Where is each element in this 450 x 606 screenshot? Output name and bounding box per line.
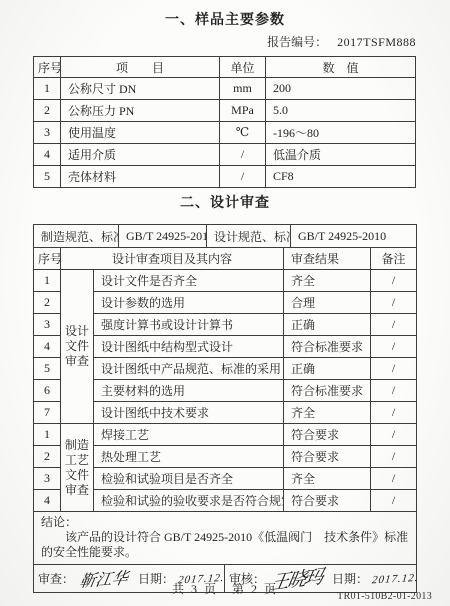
- row-content: 主要材料的选用: [94, 380, 284, 402]
- row-item: 使用温度: [61, 122, 220, 144]
- row-result: 正确: [284, 358, 371, 380]
- row-content: 强度计算书或设计计算书: [94, 314, 284, 336]
- row-result: 符合标准要求: [284, 380, 371, 402]
- row-no: 3: [34, 122, 61, 144]
- row-remark: /: [371, 446, 417, 468]
- row-remark: /: [371, 292, 417, 314]
- row-item: 适用介质: [61, 144, 220, 166]
- design-review-block: 制造规范、标准 GB/T 24925-2010 设计规范、标准 GB/T 249…: [33, 224, 418, 593]
- design-standard-label: 设计规范、标准: [207, 225, 291, 248]
- row-remark: /: [371, 380, 417, 402]
- row-no: 7: [34, 402, 61, 424]
- design-standard-value: GB/T 24925-2010: [291, 225, 417, 248]
- scanned-report-page: 一、样品主要参数 报告编号：2017TSFM888 序号 项 目 单位 数 值 …: [0, 0, 450, 606]
- col-header-remark: 备注: [371, 248, 417, 270]
- col-header-unit: 单位: [220, 57, 266, 78]
- row-remark: /: [371, 270, 417, 292]
- row-result: 符合要求: [284, 424, 371, 446]
- conclusion-text: 该产品的设计符合 GB/T 24925-2010《低温阀门 技术条件》标准的安全…: [41, 530, 409, 560]
- row-unit: ℃: [220, 122, 266, 144]
- col-header-no: 序号: [34, 248, 61, 270]
- col-header-content: 设计审查项目及其内容: [61, 248, 284, 270]
- report-number-line: 报告编号：2017TSFM888: [267, 33, 416, 50]
- row-unit: MPa: [220, 100, 266, 122]
- conclusion-cell: 结论： 该产品的设计符合 GB/T 24925-2010《低温阀门 技术条件》标…: [34, 512, 417, 565]
- row-content: 设计图纸中产品规范、标准的采用: [94, 358, 284, 380]
- row-no: 3: [34, 468, 61, 490]
- row-content: 设计图纸中结构型式设计: [94, 336, 284, 358]
- row-no: 1: [34, 270, 61, 292]
- row-no: 5: [34, 166, 61, 188]
- row-remark: /: [371, 424, 417, 446]
- table-row: 2 公称压力 PN MPa 5.0: [34, 100, 416, 122]
- row-no: 4: [34, 490, 61, 512]
- row-content: 设计参数的选用: [94, 292, 284, 314]
- row-remark: /: [371, 314, 417, 336]
- row-value: 5.0: [266, 100, 416, 122]
- sample-parameters-table: 序号 项 目 单位 数 值 1 公称尺寸 DN mm 200 2 公称压力 PN…: [33, 56, 416, 188]
- row-remark: /: [371, 490, 417, 512]
- row-no: 1: [34, 424, 61, 446]
- row-no: 1: [34, 78, 61, 100]
- row-item: 公称尺寸 DN: [61, 78, 220, 100]
- col-header-no: 序号: [34, 57, 61, 78]
- row-value: 低温介质: [266, 144, 416, 166]
- row-result: 合理: [284, 292, 371, 314]
- table-row: 1 公称尺寸 DN mm 200: [34, 78, 416, 100]
- report-number-label: 报告编号：: [267, 35, 327, 49]
- row-content: 设计文件是否齐全: [94, 270, 284, 292]
- col-header-value: 数 值: [266, 57, 416, 78]
- row-remark: /: [371, 468, 417, 490]
- review-row: 1 设计文件审查 设计文件是否齐全 齐全 /: [34, 270, 417, 292]
- row-content: 检验和试验项目是否齐全: [94, 468, 284, 490]
- row-value: CF8: [266, 166, 416, 188]
- table-row: 5 壳体材料 / CF8: [34, 166, 416, 188]
- table-row: 3 使用温度 ℃ -196～80: [34, 122, 416, 144]
- report-number-value: 2017TSFM888: [337, 35, 416, 49]
- row-remark: /: [371, 402, 417, 424]
- table-row: 4 适用介质 / 低温介质: [34, 144, 416, 166]
- section2-title: 二、设计审查: [0, 192, 450, 212]
- row-result: 齐全: [284, 270, 371, 292]
- row-item: 公称压力 PN: [61, 100, 220, 122]
- col-header-result: 审查结果: [284, 248, 371, 270]
- row-remark: /: [371, 336, 417, 358]
- group-mfg-process-review: 制造工艺文件审查: [61, 424, 94, 512]
- standards-row: 制造规范、标准 GB/T 24925-2010 设计规范、标准 GB/T 249…: [34, 225, 417, 248]
- row-result: 正确: [284, 314, 371, 336]
- row-content: 焊接工艺: [94, 424, 284, 446]
- row-content: 检验和试验的验收要求是否符合规定: [94, 490, 284, 512]
- table-header-row: 序号 项 目 单位 数 值: [34, 57, 416, 78]
- row-result: 符合要求: [284, 446, 371, 468]
- row-content: 热处理工艺: [94, 446, 284, 468]
- conclusion-label: 结论：: [41, 515, 409, 530]
- group-design-file-review: 设计文件审查: [61, 270, 94, 424]
- form-code: TR01-510B2-01-2013: [337, 591, 432, 602]
- row-no: 6: [34, 380, 61, 402]
- review-items-table: 序号 设计审查项目及其内容 审查结果 备注 1 设计文件审查 设计文件是否齐全 …: [33, 247, 417, 565]
- row-no: 4: [34, 144, 61, 166]
- row-value: 200: [266, 78, 416, 100]
- section1-title: 一、样品主要参数: [0, 9, 450, 29]
- row-item: 壳体材料: [61, 166, 220, 188]
- row-no: 2: [34, 446, 61, 468]
- row-no: 4: [34, 336, 61, 358]
- row-result: 齐全: [284, 402, 371, 424]
- review-header-row: 序号 设计审查项目及其内容 审查结果 备注: [34, 248, 417, 270]
- row-no: 3: [34, 314, 61, 336]
- row-no: 5: [34, 358, 61, 380]
- row-unit: /: [220, 166, 266, 188]
- row-result: 符合标准要求: [284, 336, 371, 358]
- row-remark: /: [371, 358, 417, 380]
- row-unit: mm: [220, 78, 266, 100]
- row-no: 2: [34, 292, 61, 314]
- mfg-standard-label: 制造规范、标准: [34, 225, 119, 248]
- standards-table: 制造规范、标准 GB/T 24925-2010 设计规范、标准 GB/T 249…: [33, 224, 417, 248]
- conclusion-row: 结论： 该产品的设计符合 GB/T 24925-2010《低温阀门 技术条件》标…: [34, 512, 417, 565]
- mfg-standard-value: GB/T 24925-2010: [119, 225, 207, 248]
- row-unit: /: [220, 144, 266, 166]
- row-content: 设计图纸中技术要求: [94, 402, 284, 424]
- row-no: 2: [34, 100, 61, 122]
- row-result: 符合要求: [284, 490, 371, 512]
- row-result: 齐全: [284, 468, 371, 490]
- row-value: -196～80: [266, 122, 416, 144]
- review-row: 1 制造工艺文件审查 焊接工艺 符合要求 /: [34, 424, 417, 446]
- col-header-item: 项 目: [61, 57, 220, 78]
